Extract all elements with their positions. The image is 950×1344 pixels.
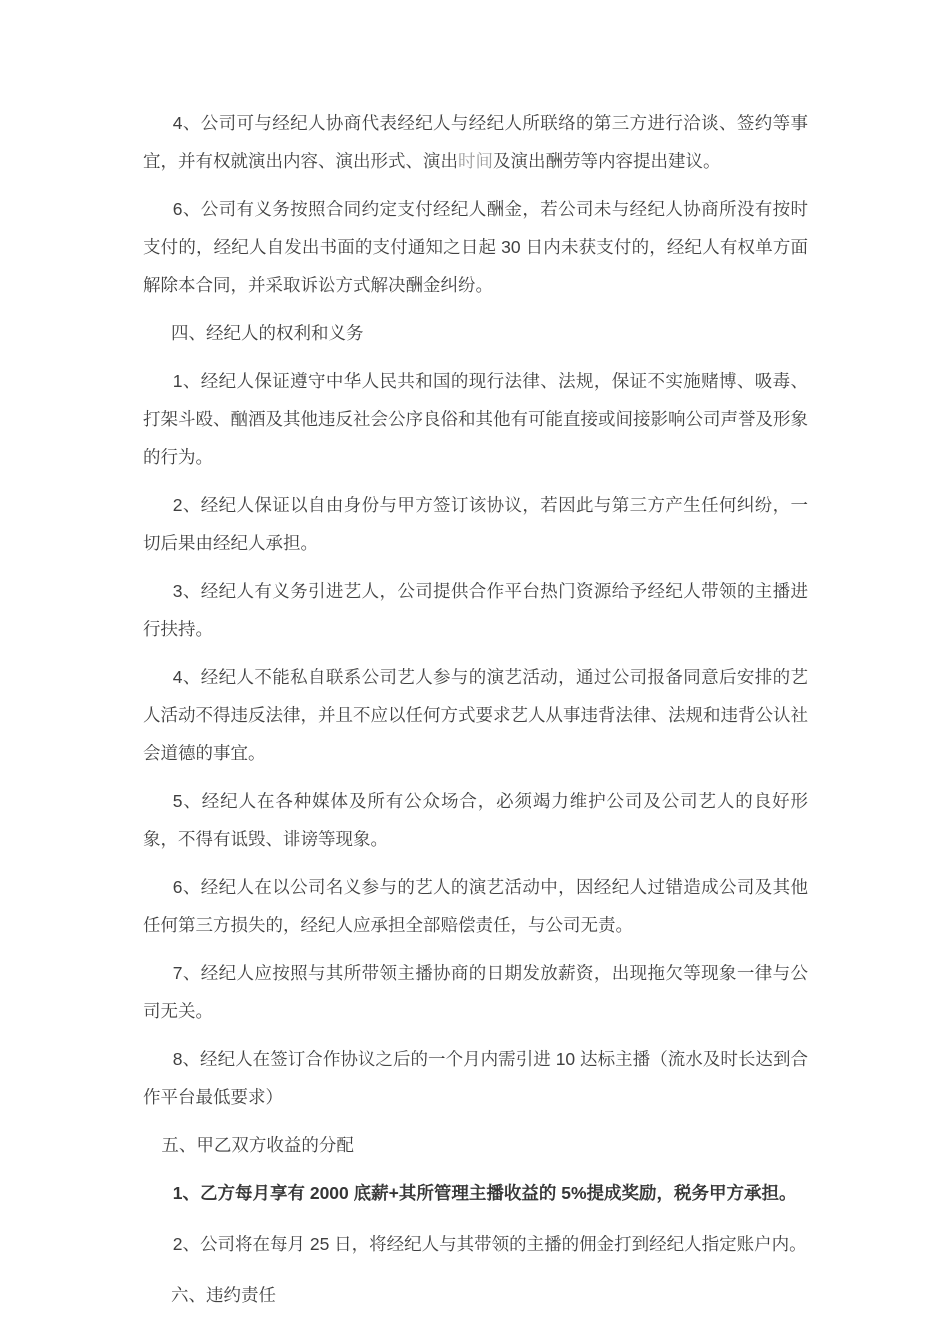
clause-agent-5: 5、经纪人在各种媒体及所有公众场合，必须竭力维护公司及公司艺人的良好形象，不得有… [143,782,808,858]
clause-company-obligation-4: 4、公司可与经纪人协商代表经纪人与经纪人所联络的第三方进行洽谈、签约等事宜，并有… [143,104,808,180]
clause-income-2: 2、公司将在每月 25 日，将经纪人与其带领的主播的佣金打到经纪人指定账户内。 [143,1225,808,1263]
clause-company-obligation-4-muted-text: 时间 [458,151,493,171]
clause-agent-4: 4、经纪人不能私自联系公司艺人参与的演艺活动，通过公司报备同意后安排的艺人活动不… [143,658,808,772]
contract-document-page: 4、公司可与经纪人协商代表经纪人与经纪人所联络的第三方进行洽谈、签约等事宜，并有… [0,0,950,1344]
clause-agent-7: 7、经纪人应按照与其所带领主播协商的日期发放薪资，出现拖欠等现象一律与公司无关。 [143,954,808,1030]
section-six-heading: 六、违约责任 [143,1276,808,1314]
section-five-heading: 五、甲乙双方收益的分配 [143,1126,808,1164]
section-four-heading: 四、经纪人的权利和义务 [143,314,808,352]
clause-income-1: 1、乙方每月享有 2000 底薪+其所管理主播收益的 5%提成奖励，税务甲方承担… [143,1174,808,1212]
clause-agent-3: 3、经纪人有义务引进艺人，公司提供合作平台热门资源给予经纪人带领的主播进行扶持。 [143,572,808,648]
clause-agent-8: 8、经纪人在签订合作协议之后的一个月内需引进 10 达标主播（流水及时长达到合作… [143,1040,808,1116]
clause-agent-6: 6、经纪人在以公司名义参与的艺人的演艺活动中，因经纪人过错造成公司及其他任何第三… [143,868,808,944]
clause-company-obligation-6: 6、公司有义务按照合同约定支付经纪人酬金，若公司未与经纪人协商所没有按时支付的，… [143,190,808,304]
clause-agent-2: 2、经纪人保证以自由身份与甲方签订该协议，若因此与第三方产生任何纠纷，一切后果由… [143,486,808,562]
clause-agent-1: 1、经纪人保证遵守中华人民共和国的现行法律、法规，保证不实施赌博、吸毒、打架斗殴… [143,362,808,476]
clause-company-obligation-4-text-tail: 及演出酬劳等内容提出建议。 [493,151,721,171]
